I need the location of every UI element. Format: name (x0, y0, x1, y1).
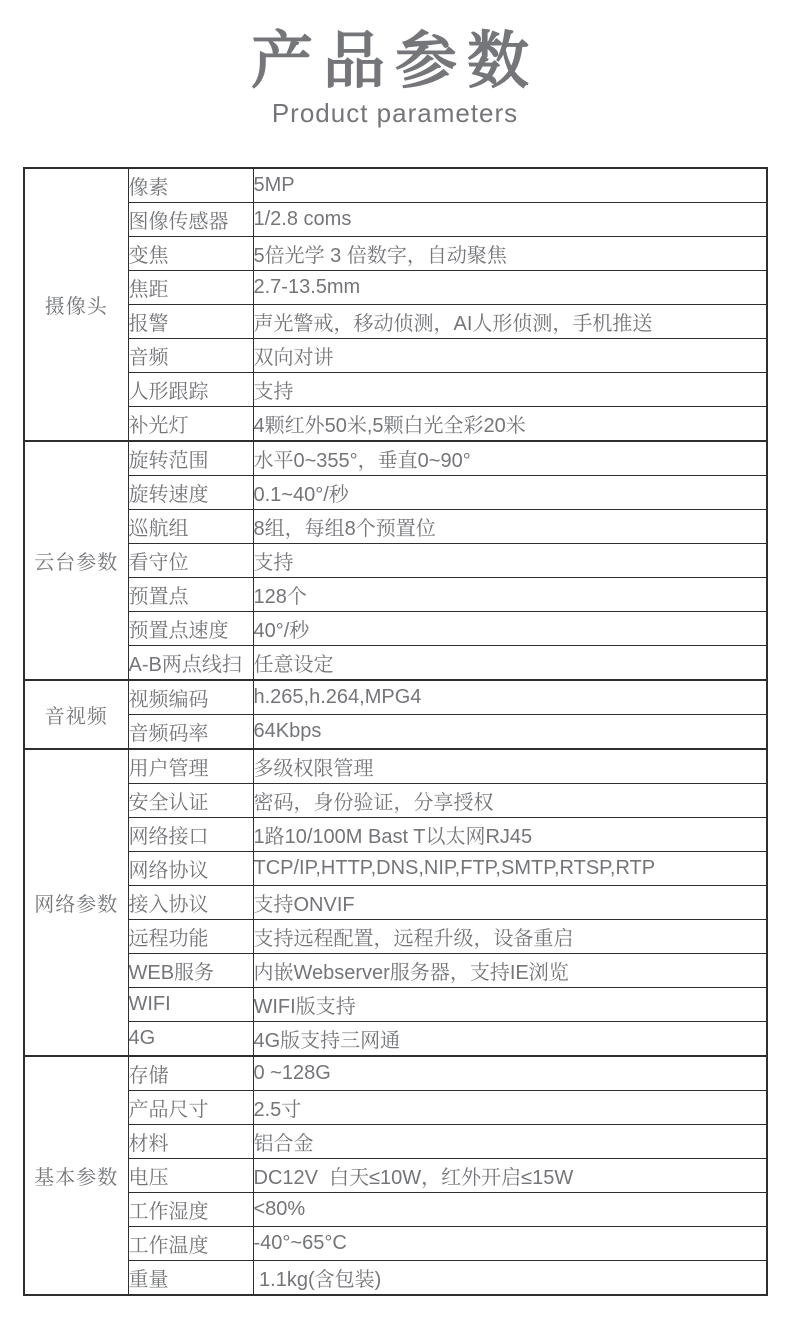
spec-label: 人形跟踪 (128, 373, 253, 407)
product-spec-table: 摄像头像素5MP图像传感器1/2.8 coms变焦5倍光学 3 倍数字，自动聚焦… (23, 167, 768, 1296)
spec-row: WIFIWIFI版支持 (24, 988, 767, 1022)
spec-row: 电压DC12V 白天≤10W，红外开启≤15W (24, 1159, 767, 1193)
spec-label: 工作温度 (128, 1227, 253, 1261)
page-title: 产品参数 (0, 28, 790, 96)
spec-label: 变焦 (128, 237, 253, 271)
spec-row: 预置点速度40°/秒 (24, 612, 767, 646)
spec-row: 接入协议支持ONVIF (24, 886, 767, 920)
spec-row: 重量 1.1kg(含包装) (24, 1261, 767, 1296)
spec-label: 重量 (128, 1261, 253, 1296)
spec-row: 4G4G版支持三网通 (24, 1022, 767, 1057)
spec-value: 密码，身份验证，分享授权 (253, 784, 767, 818)
spec-value: 水平0~355°，垂直0~90° (253, 441, 767, 476)
spec-value: 5倍光学 3 倍数字，自动聚焦 (253, 237, 767, 271)
spec-row: 音频双向对讲 (24, 339, 767, 373)
spec-value: 1路10/100M Bast T以太网RJ45 (253, 818, 767, 852)
spec-label: 旋转速度 (128, 476, 253, 510)
spec-row: WEB服务内嵌Webserver服务器，支持IE浏览 (24, 954, 767, 988)
spec-row: 补光灯4颗红外50米,5颗白光全彩20米 (24, 407, 767, 442)
spec-label: 像素 (128, 168, 253, 203)
spec-value: 声光警戒，移动侦测，AI人形侦测，手机推送 (253, 305, 767, 339)
spec-label: 工作湿度 (128, 1193, 253, 1227)
spec-row: 巡航组8组，每组8个预置位 (24, 510, 767, 544)
spec-value: 4颗红外50米,5颗白光全彩20米 (253, 407, 767, 442)
spec-row: 看守位支持 (24, 544, 767, 578)
spec-value: 多级权限管理 (253, 749, 767, 784)
spec-label: 安全认证 (128, 784, 253, 818)
spec-row: 焦距2.7-13.5mm (24, 271, 767, 305)
spec-label: 材料 (128, 1125, 253, 1159)
product-parameters-page: 产品参数 Product parameters 摄像头像素5MP图像传感器1/2… (0, 0, 790, 1330)
spec-value: 1/2.8 coms (253, 203, 767, 237)
section-group-label: 网络参数 (24, 749, 128, 1056)
spec-value: <80% (253, 1193, 767, 1227)
spec-label: 旋转范围 (128, 441, 253, 476)
spec-row: 工作湿度<80% (24, 1193, 767, 1227)
spec-label: 音频码率 (128, 715, 253, 750)
spec-label: 焦距 (128, 271, 253, 305)
spec-value: 铝合金 (253, 1125, 767, 1159)
section-group-label: 摄像头 (24, 168, 128, 441)
spec-row: 网络接口1路10/100M Bast T以太网RJ45 (24, 818, 767, 852)
spec-label: 看守位 (128, 544, 253, 578)
spec-label: WEB服务 (128, 954, 253, 988)
spec-row: 安全认证密码，身份验证，分享授权 (24, 784, 767, 818)
spec-row: 工作温度-40°~65°C (24, 1227, 767, 1261)
spec-value: 支持ONVIF (253, 886, 767, 920)
spec-row: 音视频视频编码h.265,h.264,MPG4 (24, 680, 767, 715)
spec-value: 支持 (253, 373, 767, 407)
spec-row: 人形跟踪支持 (24, 373, 767, 407)
spec-label: 用户管理 (128, 749, 253, 784)
spec-label: 网络接口 (128, 818, 253, 852)
spec-row: 基本参数存储0 ~128G (24, 1056, 767, 1091)
section-group-label: 基本参数 (24, 1056, 128, 1295)
spec-label: 远程功能 (128, 920, 253, 954)
spec-value: 8组，每组8个预置位 (253, 510, 767, 544)
spec-row: 变焦5倍光学 3 倍数字，自动聚焦 (24, 237, 767, 271)
spec-label: 音频 (128, 339, 253, 373)
spec-label: 电压 (128, 1159, 253, 1193)
spec-value: WIFI版支持 (253, 988, 767, 1022)
spec-value: TCP/IP,HTTP,DNS,NIP,FTP,SMTP,RTSP,RTP (253, 852, 767, 886)
spec-value: 1.1kg(含包装) (253, 1261, 767, 1296)
spec-row: 旋转速度0.1~40°/秒 (24, 476, 767, 510)
spec-value: 2.5寸 (253, 1091, 767, 1125)
spec-value: -40°~65°C (253, 1227, 767, 1261)
page-header: 产品参数 Product parameters (0, 0, 790, 129)
spec-row: 预置点128个 (24, 578, 767, 612)
spec-value: 40°/秒 (253, 612, 767, 646)
spec-row: 报警声光警戒，移动侦测，AI人形侦测，手机推送 (24, 305, 767, 339)
spec-value: 4G版支持三网通 (253, 1022, 767, 1057)
spec-label: 视频编码 (128, 680, 253, 715)
spec-label: 接入协议 (128, 886, 253, 920)
spec-value: 0 ~128G (253, 1056, 767, 1091)
spec-label: 产品尺寸 (128, 1091, 253, 1125)
spec-value: 支持远程配置，远程升级，设备重启 (253, 920, 767, 954)
spec-label: 巡航组 (128, 510, 253, 544)
spec-value: DC12V 白天≤10W，红外开启≤15W (253, 1159, 767, 1193)
spec-row: A-B两点线扫任意设定 (24, 646, 767, 681)
spec-row: 摄像头像素5MP (24, 168, 767, 203)
spec-value: 双向对讲 (253, 339, 767, 373)
spec-row: 网络参数用户管理多级权限管理 (24, 749, 767, 784)
spec-row: 产品尺寸2.5寸 (24, 1091, 767, 1125)
spec-row: 远程功能支持远程配置，远程升级，设备重启 (24, 920, 767, 954)
spec-label: 图像传感器 (128, 203, 253, 237)
spec-value: 128个 (253, 578, 767, 612)
spec-label: 4G (128, 1022, 253, 1057)
spec-row: 音频码率64Kbps (24, 715, 767, 750)
section-group-label: 云台参数 (24, 441, 128, 680)
spec-row: 云台参数旋转范围水平0~355°，垂直0~90° (24, 441, 767, 476)
spec-value: 2.7-13.5mm (253, 271, 767, 305)
spec-label: A-B两点线扫 (128, 646, 253, 681)
spec-value: 内嵌Webserver服务器，支持IE浏览 (253, 954, 767, 988)
spec-label: 网络协议 (128, 852, 253, 886)
spec-value: 任意设定 (253, 646, 767, 681)
spec-label: 存储 (128, 1056, 253, 1091)
spec-row: 材料铝合金 (24, 1125, 767, 1159)
page-subtitle: Product parameters (0, 98, 790, 129)
spec-value: 5MP (253, 168, 767, 203)
spec-row: 网络协议TCP/IP,HTTP,DNS,NIP,FTP,SMTP,RTSP,RT… (24, 852, 767, 886)
spec-label: WIFI (128, 988, 253, 1022)
spec-table-body: 摄像头像素5MP图像传感器1/2.8 coms变焦5倍光学 3 倍数字，自动聚焦… (24, 168, 767, 1295)
spec-label: 补光灯 (128, 407, 253, 442)
spec-row: 图像传感器1/2.8 coms (24, 203, 767, 237)
spec-label: 预置点速度 (128, 612, 253, 646)
spec-value: 0.1~40°/秒 (253, 476, 767, 510)
spec-value: h.265,h.264,MPG4 (253, 680, 767, 715)
spec-label: 报警 (128, 305, 253, 339)
section-group-label: 音视频 (24, 680, 128, 749)
spec-value: 支持 (253, 544, 767, 578)
spec-label: 预置点 (128, 578, 253, 612)
spec-value: 64Kbps (253, 715, 767, 750)
